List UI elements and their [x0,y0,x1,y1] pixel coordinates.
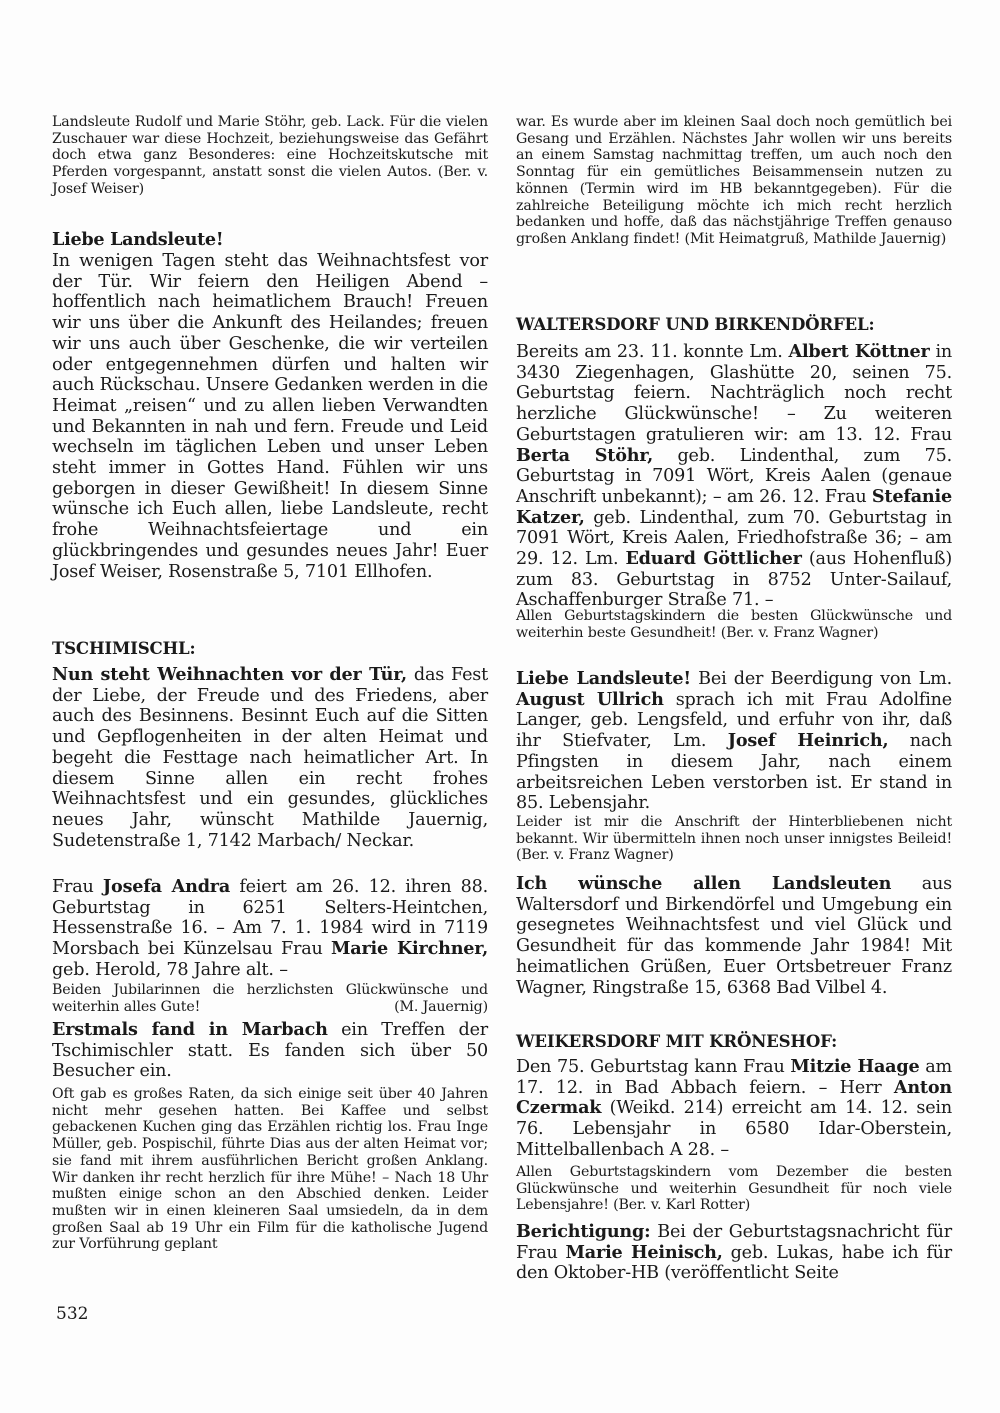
weikersdorf-heading: WEIKERSDORF MIT KRÖNESHOF: [516,1031,952,1051]
author-credit: (M. Jauernig) [394,999,488,1016]
correction-paragraph: Berichtigung: Bei der Geburtstagsnachric… [516,1222,952,1284]
waltersdorf-wishes-paragraph: Ich wünsche allen Landsleuten aus Walter… [516,874,952,998]
person-name: Marie Heinisch, [566,1242,723,1263]
text-run: Den 75. Geburtstag kann Frau [516,1057,790,1077]
person-name: August Ullrich [516,689,664,710]
tschimischl-birthday-wishes: Beiden Jubilarinnen die herzlichsten Glü… [52,982,488,1015]
condolence-paragraph: Leider ist mir die Anschrift der Hinterb… [516,814,952,864]
greeting-heading: Liebe Landsleute! [52,229,488,250]
person-name: Berta Stöhr, [516,445,653,466]
christmas-lead: Nun steht Weihnachten vor der Tür, [52,664,407,685]
text-run: Bei der Beerdigung von Lm. [691,669,952,689]
waltersdorf-birthday-wishes: Allen Geburtstagskindern die besten Glüc… [516,608,952,641]
correction-lead: Berichtigung: [516,1221,650,1242]
text-run: geb. Herold, 78 Jahre alt. – [52,960,288,980]
wishes-lead: Ich wünsche allen Landsleuten [516,873,891,894]
tschimischl-christmas-paragraph: Nun steht Weihnachten vor der Tür, das F… [52,665,488,851]
page-number: 532 [56,1304,88,1324]
tschimischl-birthday-paragraph: Frau Josefa Andra feiert am 26. 12. ihre… [52,877,488,981]
person-name: Josefa Andra [103,876,230,897]
waltersdorf-heading: WALTERSDORF UND BIRKENDÖRFEL: [516,314,952,334]
weikersdorf-birthdays: Den 75. Geburtstag kann Frau Mitzie Haag… [516,1057,952,1161]
person-name: Eduard Göttlicher [625,548,801,569]
tschimischl-meeting-paragraph: Erstmals fand in Marbach ein Treffen der… [52,1020,488,1082]
person-name: Josef Heinrich, [728,730,889,751]
meeting-lead: Erstmals fand in Marbach [52,1019,328,1040]
person-name: Mitzie Haage [790,1056,919,1077]
newspaper-page: Landsleute Rudolf und Marie Stöhr, geb. … [0,0,1000,1413]
greeting-text: In wenigen Tagen steht das Weihnachtsfes… [52,251,488,582]
obituary-lead: Liebe Landsleute! [516,668,691,689]
christmas-text: das Fest der Liebe, der Freude und des F… [52,665,488,851]
text-run: Bereits am 23. 11. konnte Lm. [516,342,789,362]
person-name: Albert Köttner [789,341,930,362]
intro-paragraph: Landsleute Rudolf und Marie Stöhr, geb. … [52,114,488,198]
tschimischl-heading: TSCHIMISCHL: [52,638,488,658]
waltersdorf-birthdays: Bereits am 23. 11. konnte Lm. Albert Köt… [516,342,952,611]
tschimischl-meeting-details: Oft gab es großes Raten, da sich einige … [52,1086,488,1253]
obituary-paragraph: Liebe Landsleute! Bei der Beerdigung von… [516,669,952,814]
person-name: Marie Kirchner, [331,938,488,959]
continuation-paragraph: war. Es wurde aber im kleinen Saal doch … [516,114,952,248]
weikersdorf-birthday-wishes: Allen Geburtstagskindern vom Dezember di… [516,1164,952,1214]
text-run: Frau [52,877,103,897]
